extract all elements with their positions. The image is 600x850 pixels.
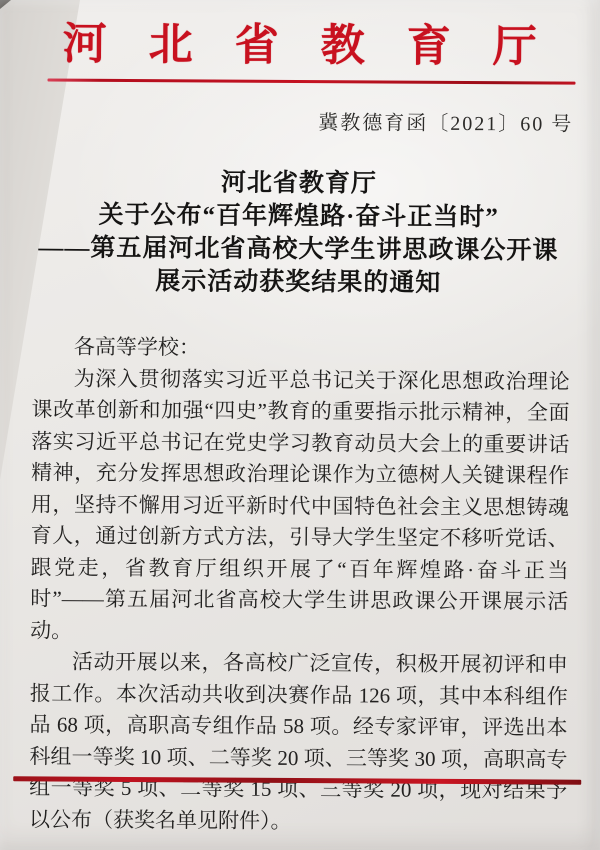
notice-title-line-2: 关于公布“百年辉煌路·奋斗正当时” [0,198,599,235]
body-paragraph-2: 活动开展以来，各高校广泛宣传，积极开展初评和申报工作。本次活动共收到决赛作品 1… [29,646,568,838]
notice-title-line-3: ——第五届河北省高校大学生讲思政课公开课 [0,231,599,268]
document-number: 冀教德育函〔2021〕60 号 [0,109,573,137]
notice-title: 河北省教育厅 关于公布“百年辉煌路·奋斗正当时” ——第五届河北省高校大学生讲思… [0,165,599,301]
notice-body: 各高等学校： 为深入贯彻落实习近平总书记关于深化思想政治理论课改革创新和加强“四… [29,331,570,838]
scanned-official-notice: 河北省教育厅 冀教德育函〔2021〕60 号 河北省教育厅 关于公布“百年辉煌路… [0,0,600,850]
body-paragraph-1: 为深入贯彻落实习近平总书记关于深化思想政治理论课改革创新和加强“四史”教育的重要… [30,363,570,650]
notice-title-line-1: 河北省教育厅 [0,165,599,202]
letterhead-agency-name: 河北省教育厅 [0,22,600,70]
letterhead-divider-line [47,78,575,84]
paper-content: 河北省教育厅 冀教德育函〔2021〕60 号 河北省教育厅 关于公布“百年辉煌路… [0,0,600,850]
notice-title-line-4: 展示活动获奖结果的通知 [0,264,598,301]
salutation: 各高等学校： [32,331,570,366]
